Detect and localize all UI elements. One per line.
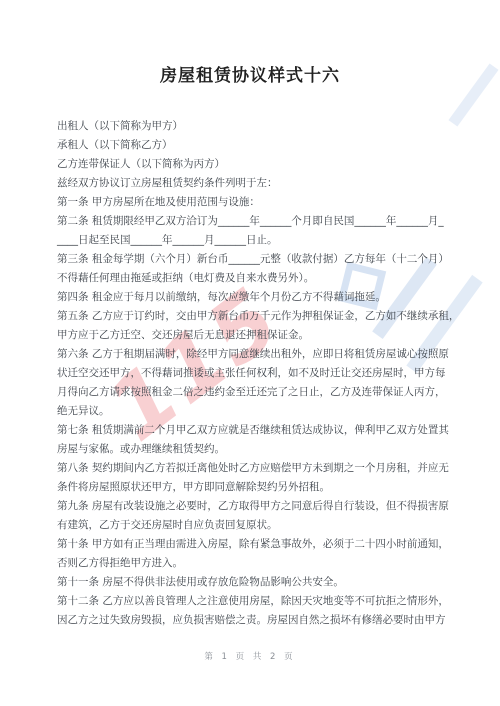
document-text-line: 第五条 乙方应于订约时，交由甲方新台币万千元作为押租保证金，乙方如不继续承租， <box>57 307 449 326</box>
document-text-line: 状迁空交还甲方，不得藉词推诿或主张任何权利，如不及时迁让交还房屋时，甲方每 <box>57 364 449 383</box>
document-text-line: 有建筑，乙方于交还房屋时自应负责回复原状。 <box>57 516 449 535</box>
document-text-line: 否则乙方得拒绝甲方进入。 <box>57 554 449 573</box>
document-text-line: 第一条 甲方房屋所在地及使用范围与设施： <box>57 193 449 212</box>
document-text-line: ____日起至民国______年______月______日止。 <box>57 231 449 250</box>
document-text-line: 第三条 租金每学期（六个月）新台币______元整（收款付据）乙方每年（十二个月… <box>57 250 449 269</box>
document-text-line: 条件将房屋照原状还甲方，甲方即同意解除契约另外招租。 <box>57 478 449 497</box>
document-text-line: 出租人（以下简称为甲方） <box>57 117 449 136</box>
document-text-line: 第七条 租赁期满前二个月甲乙双方应就是否继续租赁达成协议，俾利甲乙双方处置其 <box>57 421 449 440</box>
document-text-line: 第四条 租金应于每月以前缴纳，每次应缴年个月份乙方不得藉词拖延。 <box>57 288 449 307</box>
document-text-line: 甲方应于乙方迁空、交还房屋后无息退还押租保证金。 <box>57 326 449 345</box>
document-page: 115 房屋租赁协议样式十六 出租人（以下简称为甲方）承租人（以下简称乙方）乙方… <box>0 0 500 706</box>
document-text-line: 因乙方之过失致房毁损，应负损害赔偿之责。房屋因自然之损坏有修缮必要时由甲方 <box>57 611 449 630</box>
document-text-line: 乙方连带保证人（以下简称为丙方） <box>57 155 449 174</box>
document-text-line: 第二条 租赁期限经甲乙双方洽订为______年______个月即自民国_____… <box>57 212 449 231</box>
document-text-line: 第八条 契约期间内乙方若拟迁离他处时乙方应赔偿甲方未到期之一个月房租，并应无 <box>57 459 449 478</box>
document-content: 房屋租赁协议样式十六 出租人（以下简称为甲方）承租人（以下简称乙方）乙方连带保证… <box>0 0 500 706</box>
document-text-line: 第六条 乙方于租期届满时，除经甲方同意继续出租外，应即日将租赁房屋诚心按照原 <box>57 345 449 364</box>
document-text-line: 绝无异议。 <box>57 402 449 421</box>
document-text-line: 第九条 房屋有改装设施之必要时，乙方取得甲方之同意后得自行装设，但不得损害原 <box>57 497 449 516</box>
document-text-line: 第十条 甲方如有正当理由需进入房屋，除有紧急事故外，必须于二十四小时前通知， <box>57 535 449 554</box>
document-text-line: 不得藉任何理由拖延或拒纳（电灯费及自来水费另外）。 <box>57 269 449 288</box>
document-text-line: 第十二条 乙方应以善良管理人之注意使用房屋，除因天灾地变等不可抗拒之情形外， <box>57 592 449 611</box>
document-text-line: 第十一条 房屋不得供非法使用或存放危险物品影响公共安全。 <box>57 573 449 592</box>
document-text-line: 承租人（以下简称乙方） <box>57 136 449 155</box>
document-body: 出租人（以下简称为甲方）承租人（以下简称乙方）乙方连带保证人（以下简称为丙方）兹… <box>57 117 449 630</box>
document-text-line: 兹经双方协议订立房屋租赁契约条件列明于左： <box>57 174 449 193</box>
page-number-indicator: 第 1 页 共 2 页 <box>0 650 500 662</box>
document-text-line: 房屋与家俬。或办理继续租赁契约。 <box>57 440 449 459</box>
page-title: 房屋租赁协议样式十六 <box>0 61 500 86</box>
document-text-line: 月得向乙方请求按照租金二倍之违约金至迁还完了之日止，乙方及连带保证人丙方， <box>57 383 449 402</box>
